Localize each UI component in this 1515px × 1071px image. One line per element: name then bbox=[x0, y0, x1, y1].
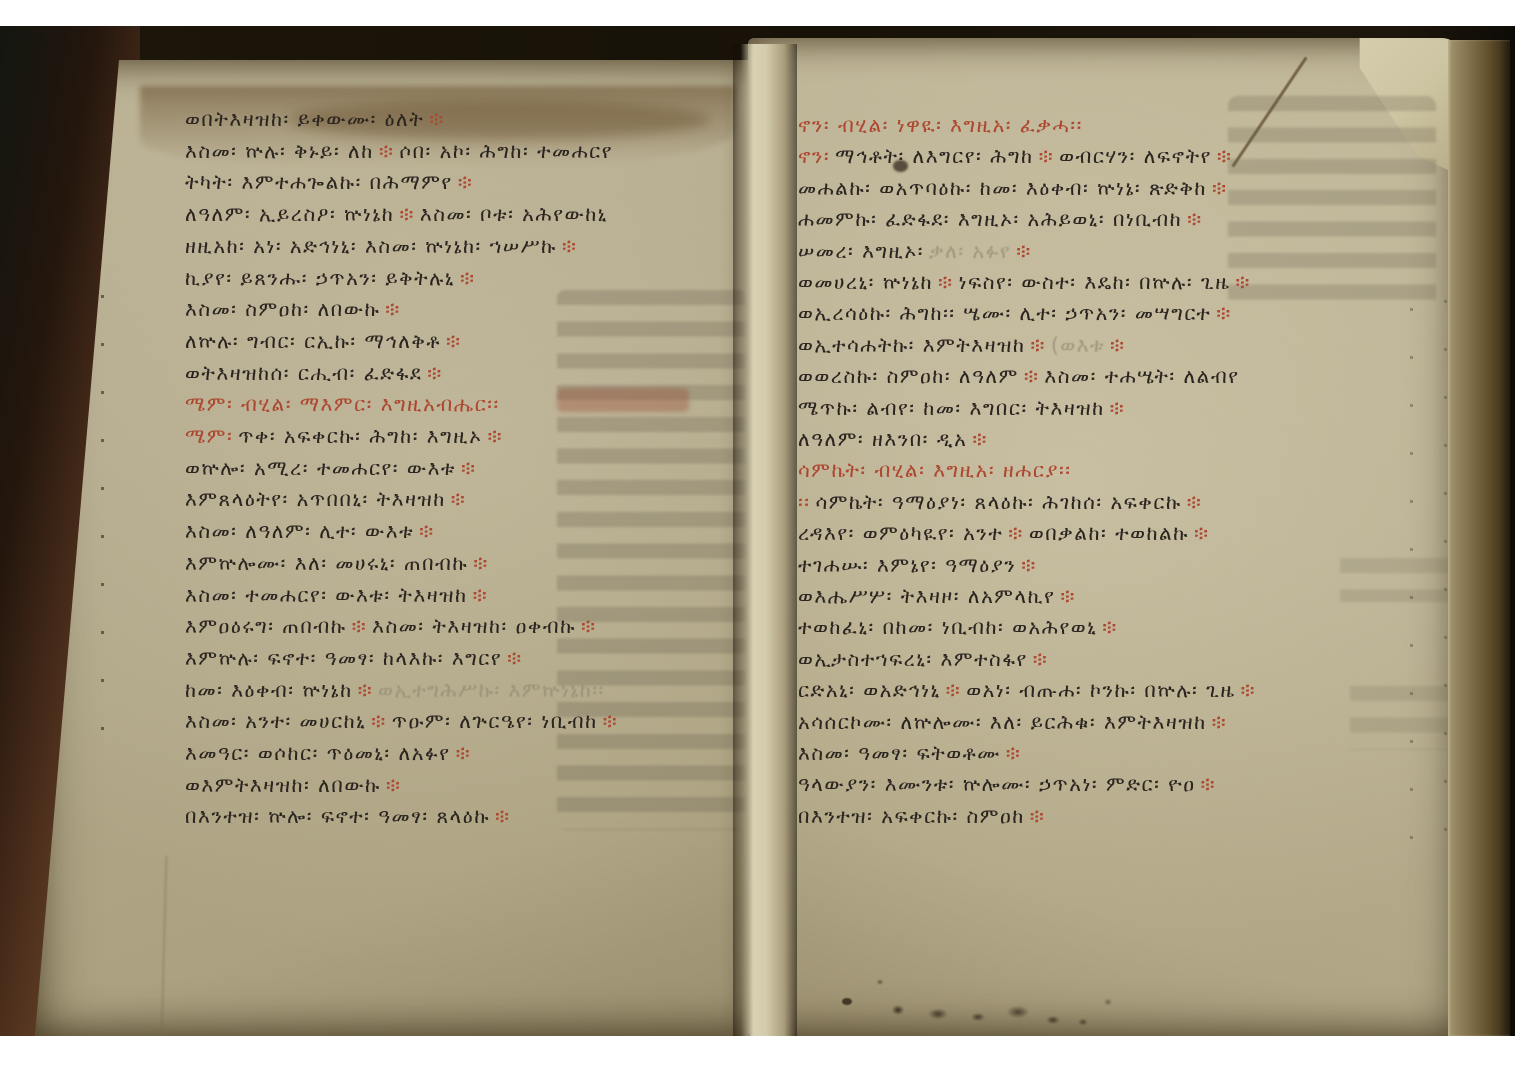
body-text: ማኅቶት፡ ለእግርየ፡ ሕግከ bbox=[835, 144, 1033, 168]
rubric-text: ፨ bbox=[446, 329, 462, 353]
rubric-text: ፨ bbox=[1033, 647, 1049, 671]
body-text: ወኢታስተኀፍረኒ፡ እምተስፋየ bbox=[798, 647, 1028, 671]
body-text: እስመ፡ ለዓለም፡ ሊተ፡ ውእቱ bbox=[185, 519, 414, 543]
body-text: ርድአኒ፡ ወአድኅነኒ bbox=[798, 678, 941, 702]
rubric-text: ፨ bbox=[603, 709, 619, 733]
rubric-text: ፨ bbox=[1212, 176, 1228, 200]
manuscript-line: ወኢረሳዕኩ፡ ሕግከ፡፡ ሤሙ፡ ሊተ፡ ኃጥአን፡ መሣግርተ፨ bbox=[798, 300, 1237, 326]
body-text: እምኵሎሙ፡ እለ፡ መሀሩኒ፡ ጠበብኩ bbox=[185, 551, 468, 575]
body-text: ለኵሉ፡ ግብር፡ ርኢኩ፡ ማኅለቅቶ bbox=[185, 329, 441, 353]
rubric-text: ፨ bbox=[1016, 239, 1032, 263]
rubric-text: ፨ bbox=[461, 456, 477, 480]
manuscript-line: ወእሔሥሦ፡ ትእዛዞ፡ ለአምላኪየ፨ bbox=[798, 583, 1081, 609]
manuscript-line: ሳምኬት፡ ብሂል፡ እግዚአ፡ ዘሐርያ፡፡ bbox=[798, 457, 1076, 483]
manuscript-line: እስመ፡ ተመሐርየ፡ ውእቱ፡ ትእዛዝከ፨ bbox=[185, 582, 493, 608]
manuscript-line: እምኵሉ፡ ፍኖተ፡ ዓመፃ፡ ከላእኩ፡ እግርየ፨ bbox=[185, 645, 528, 671]
body-text: ተገሐሡ፡ እምኔየ፡ ዓማዕያን bbox=[798, 553, 1016, 577]
manuscript-line: ወእምትእዛዝከ፡ ለበውኩ፨ bbox=[185, 772, 406, 798]
body-text: ዓላውያን፡ እሙንቱ፡ ኵሎሙ፡ ኃጥአነ፡ ምድር፡ ዮዐ bbox=[798, 772, 1196, 796]
body-text: ሠመረ፡ እግዚኦ፡ bbox=[798, 239, 924, 263]
manuscript-line: ወመሀረኒ፡ ኵነኔከ፨ነፍስየ፡ ውስተ፡ እዴከ፡ በኵሉ፡ ጊዜ፨ bbox=[798, 269, 1256, 295]
manuscript-line: እስመ፡ ዓመፃ፡ ፍትወቶሙ፨ bbox=[798, 740, 1026, 766]
sewing-holes bbox=[101, 295, 104, 755]
rubric-text: ፨ bbox=[371, 709, 387, 733]
manuscript-line: እምጸላዕትየ፡ አጥበበኒ፡ ትእዛዝከ፨ bbox=[185, 486, 471, 512]
rubric-text: ፨ bbox=[399, 202, 415, 226]
rubric-text: ሜም፡ bbox=[185, 424, 233, 448]
manuscript-line: እምኵሎሙ፡ እለ፡ መሀሩኒ፡ ጠበብኩ፨ bbox=[185, 550, 494, 576]
body-text: ወኢተሳሐትኩ፡ እምትእዛዝከ bbox=[798, 333, 1025, 357]
manuscript-line: ኖን፡ ብሂል፡ ነዋዪ፡ እግዚአ፡ ፈቃሓ፡፡ bbox=[798, 112, 1088, 138]
manuscript-line: አሳሰርኮሙ፡ ለኵሎሙ፡ እለ፡ ይርሕቁ፡ እምትእዛዝከ፨ bbox=[798, 709, 1232, 735]
page-fore-edge bbox=[1448, 40, 1510, 1036]
body-text: ወወረስኩ፡ ስምዐከ፡ ለዓለም bbox=[798, 364, 1019, 388]
rubric-text: ፨ bbox=[1216, 301, 1232, 325]
manuscript-line: መሐልኩ፡ ወአጥባዕኩ፡ ከመ፡ እዕቀብ፡ ኵነኔ፡ ጽድቅከ፨ bbox=[798, 175, 1232, 201]
rubric-text: ፨ bbox=[460, 266, 476, 290]
rubric-text: ሳምኬት፡ ብሂል፡ እግዚአ፡ ዘሐርያ፡፡ bbox=[798, 458, 1071, 482]
rubric-text: ፨ bbox=[379, 139, 395, 163]
body-text: ኪያየ፡ ይጸንሑ፡ ኃጥአን፡ ይቅትሉኒ bbox=[185, 266, 455, 290]
body-text: እስመ፡ ዓመፃ፡ ፍትወቶሙ bbox=[798, 741, 1001, 765]
right-page: ኖን፡ ብሂል፡ ነዋዪ፡ እግዚአ፡ ፈቃሓ፡፡ኖን፡ማኅቶት፡ ለእግርየ፡… bbox=[748, 38, 1460, 1036]
rubric-text: ፨ bbox=[456, 741, 472, 765]
body-text: ወብርሃን፡ ለፍኖትየ bbox=[1059, 144, 1212, 168]
rubric-text: ፨ bbox=[1008, 521, 1024, 545]
manuscript-line: ወኢተሳሐትኩ፡ እምትእዛዝከ፨(ወእቱ፨ bbox=[798, 332, 1131, 358]
rubric-text: ፨ bbox=[487, 424, 503, 448]
rubric-text: ፨ bbox=[562, 234, 578, 258]
body-text: ሐመምኩ፡ ፈድፋደ፡ እግዚኦ፡ አሕይወኒ፡ በነቢብከ bbox=[798, 207, 1182, 231]
body-text: ወኵሎ፡ አሚረ፡ ተመሐርየ፡ ውእቱ bbox=[185, 456, 456, 480]
manuscript-line: ትካት፡ እምተሐጐልኩ፡ በሕማምየ፨ bbox=[185, 169, 478, 195]
rubric-text: ፨ bbox=[473, 583, 489, 607]
body-text: እምዐዕሩግ፡ ጠበብኩ bbox=[185, 614, 347, 638]
ink-spot bbox=[842, 998, 852, 1005]
manuscript-line: ሜም፡ ብሂል፡ ማእምር፡ እግዚአብሔር፡፡ bbox=[185, 391, 505, 417]
left-page: ወበትእዛዝከ፡ ይቀውሙ፡ ዕለት፨እስመ፡ ኵሉ፡ ቅኑይ፡ ለከ፨ሶበ፡ … bbox=[35, 60, 748, 1036]
manuscript-line: እምዐዕሩግ፡ ጠበብኩ፨እስመ፡ ትእዛዝከ፡ ዐቀብኩ፨ bbox=[185, 613, 602, 639]
rubric-text: ፨ bbox=[507, 646, 523, 670]
rubric-text: ኖን፡ bbox=[798, 144, 830, 168]
body-text: እስመ፡ ስምዐከ፡ ለበውኩ bbox=[185, 297, 380, 321]
body-text: ነፍስየ፡ ውስተ፡ እዴከ፡ በኵሉ፡ ጊዜ bbox=[959, 270, 1231, 294]
rubric-text: ፨ bbox=[1194, 521, 1210, 545]
body-text: ወእምትእዛዝከ፡ ለበውኩ bbox=[185, 773, 381, 797]
body-text: ተወከፈኒ፡ በከመ፡ ነቢብከ፡ ወአሕየወኒ bbox=[798, 615, 1097, 639]
body-text: ሳምኬት፡ ዓማዕያነ፡ ጸላዕኩ፡ ሕገከሰ፡ አፍቀርኩ bbox=[815, 490, 1181, 514]
manuscript-line: እስመ፡ ስምዐከ፡ ለበውኩ፨ bbox=[185, 296, 406, 322]
manuscript-line: ተወከፈኒ፡ በከመ፡ ነቢብከ፡ ወአሕየወኒ፨ bbox=[798, 614, 1123, 640]
rubric-text: ፨ bbox=[495, 804, 511, 828]
manuscript-line: እስመ፡ አንተ፡ መሀርከኒ፨ጥዑም፡ ለጕርዔየ፡ ነቢብከ፨ bbox=[185, 708, 623, 734]
rubric-text: ፨ bbox=[972, 427, 988, 451]
rubric-text: ፨ bbox=[1006, 741, 1022, 765]
manuscript-line: ፡፡ሳምኬት፡ ዓማዕያነ፡ ጸላዕኩ፡ ሕገከሰ፡ አፍቀርኩ፨ bbox=[798, 489, 1207, 515]
body-text: እምኵሉ፡ ፍኖተ፡ ዓመፃ፡ ከላእኩ፡ እግርየ bbox=[185, 646, 502, 670]
rubric-text: ፨ bbox=[1201, 772, 1217, 796]
rubric-text: ፡፡ bbox=[798, 490, 810, 514]
body-text: ወእሔሥሦ፡ ትእዛዞ፡ ለአምላኪየ bbox=[798, 584, 1055, 608]
manuscript-line: ከመ፡ እዕቀብ፡ ኵነኔከ፨ወኢተግሕሥኩ፡ እምኵነኔከ፡፡ bbox=[185, 677, 610, 703]
rubric-text: ፨ bbox=[386, 773, 402, 797]
manuscript-line: ወኵሎ፡ አሚረ፡ ተመሐርየ፡ ውእቱ፨ bbox=[185, 455, 481, 481]
manuscript-photo: ወበትእዛዝከ፡ ይቀውሙ፡ ዕለት፨እስመ፡ ኵሉ፡ ቅኑይ፡ ለከ፨ሶበ፡ … bbox=[0, 0, 1515, 1071]
manuscript-line: ወበትእዛዝከ፡ ይቀውሙ፡ ዕለት፨ bbox=[185, 106, 450, 132]
manuscript-line: እመዓር፡ ወሶከር፡ ጥዕመኒ፡ ለአፉየ፨ bbox=[185, 740, 476, 766]
gutter-fold bbox=[733, 44, 797, 1036]
manuscript-line: በእንተዝ፡ ኵሎ፡ ፍኖተ፡ ዓመፃ፡ ጸላዕኩ፨ bbox=[185, 803, 516, 829]
body-text: እስመ፡ ኵሉ፡ ቅኑይ፡ ለከ bbox=[185, 139, 374, 163]
manuscript-line: በእንተዝ፡ አፍቀርኩ፡ ስምዐከ፨ bbox=[798, 803, 1050, 829]
left-page-text: ወበትእዛዝከ፡ ይቀውሙ፡ ዕለት፨እስመ፡ ኵሉ፡ ቅኑይ፡ ለከ፨ሶበ፡ … bbox=[185, 106, 745, 846]
body-text: በእንተዝ፡ አፍቀርኩ፡ ስምዐከ bbox=[798, 804, 1025, 828]
body-text: ጥዑም፡ ለጕርዔየ፡ ነቢብከ bbox=[392, 709, 598, 733]
manuscript-line: እስመ፡ ኵሉ፡ ቅኑይ፡ ለከ፨ሶበ፡ አኮ፡ ሕግከ፡ ተመሐርየ bbox=[185, 138, 618, 164]
body-text: ለዓለም፡ ኢይረስዖ፡ ኵነኔከ bbox=[185, 202, 394, 226]
body-text: ወበቃልከ፡ ተወከልኩ bbox=[1029, 521, 1189, 545]
body-text: እስመ፡ ቦቱ፡ አሕየውከኒ bbox=[420, 202, 608, 226]
rubric-text: ፨ bbox=[1235, 270, 1251, 294]
rubric-text: ፨ bbox=[938, 270, 954, 294]
manuscript-line: ርድአኒ፡ ወአድኅነኒ፨ወአነ፡ ብጡሐ፡ ኮንኩ፡ በኵሉ፡ ጊዜ፨ bbox=[798, 677, 1261, 703]
manuscript-line: እስመ፡ ለዓለም፡ ሊተ፡ ውእቱ፨ bbox=[185, 518, 440, 544]
body-text: ከመ፡ እዕቀብ፡ ኵነኔከ bbox=[185, 678, 353, 702]
rubric-text: ፨ bbox=[419, 519, 435, 543]
rubric-text: ፨ bbox=[1030, 804, 1046, 828]
body-text: እምጸላዕትየ፡ አጥበበኒ፡ ትእዛዝከ bbox=[185, 487, 446, 511]
body-text: ጥቀ፡ አፍቀርኩ፡ ሕግከ፡ እግዚኦ bbox=[238, 424, 482, 448]
body-text: ለዓለም፡ ዘእንበ፡ ዲአ bbox=[798, 427, 967, 451]
rubric-text: ፨ bbox=[385, 297, 401, 321]
rubric-text: ፨ bbox=[1110, 333, 1126, 357]
rubric-text: ፨ bbox=[946, 678, 962, 702]
pricking-holes bbox=[1410, 308, 1413, 848]
rubric-text: ፨ bbox=[1030, 333, 1046, 357]
rubric-text: ፨ bbox=[429, 107, 445, 131]
rubric-text: ፨ bbox=[1110, 396, 1126, 420]
manuscript-line: ወወረስኩ፡ ስምዐከ፡ ለዓለም፨እስመ፡ ተሐሤት፡ ለልብየ bbox=[798, 363, 1245, 389]
body-text: ረዳእየ፡ ወምዕካዪየ፡ አንተ bbox=[798, 521, 1003, 545]
rubric-text: ፨ bbox=[1039, 144, 1055, 168]
rubric-text: ፨ bbox=[1024, 364, 1040, 388]
body-text: ወትእዛዝከሰ፡ ርሒብ፡ ፈድፋደ bbox=[185, 361, 422, 385]
parchment-crease bbox=[161, 856, 168, 1036]
rubric-text: ፨ bbox=[581, 614, 597, 638]
manuscript-line: ለዓለም፡ ዘእንበ፡ ዲአ፨ bbox=[798, 426, 993, 452]
manuscript-line: ለዓለም፡ ኢይረስዖ፡ ኵነኔከ፨እስመ፡ ቦቱ፡ አሕየውከኒ bbox=[185, 201, 613, 227]
rubric-text: ፨ bbox=[1187, 490, 1203, 514]
rubric-text: ፨ bbox=[473, 551, 489, 575]
body-text: አሳሰርኮሙ፡ ለኵሎሙ፡ እለ፡ ይርሕቁ፡ እምትእዛዝከ bbox=[798, 710, 1207, 734]
body-text: ወመሀረኒ፡ ኵነኔከ bbox=[798, 270, 933, 294]
manuscript-line: ዓላውያን፡ እሙንቱ፡ ኵሎሙ፡ ኃጥአነ፡ ምድር፡ ዮዐ፨ bbox=[798, 771, 1221, 797]
body-text: እስመ፡ አንተ፡ መሀርከኒ bbox=[185, 709, 366, 733]
rubric-text: ፨ bbox=[458, 170, 474, 194]
ink-stains bbox=[868, 972, 1140, 1034]
rubric-text: ፨ bbox=[1060, 584, 1076, 608]
body-text: ወአነ፡ ብጡሐ፡ ኮንኩ፡ በኵሉ፡ ጊዜ bbox=[966, 678, 1235, 702]
ink-spot bbox=[893, 160, 908, 172]
body-text: መሐልኩ፡ ወአጥባዕኩ፡ ከመ፡ እዕቀብ፡ ኵነኔ፡ ጽድቅከ bbox=[798, 176, 1207, 200]
rubric-text: ፨ bbox=[1217, 144, 1233, 168]
body-text: እስመ፡ ተሐሤት፡ ለልብየ bbox=[1044, 364, 1239, 388]
rubric-text: ፨ bbox=[358, 678, 374, 702]
manuscript-line: ዘዚአከ፡ አነ፡ አድኅነኒ፡ እስመ፡ ኵነኔከ፡ ኀሠሥኩ፨ bbox=[185, 233, 582, 259]
body-text: ወኢተግሕሥኩ፡ እምኵነኔከ፡፡ bbox=[378, 678, 605, 702]
rubric-text: ፨ bbox=[1241, 678, 1257, 702]
rubric-text: ሜም፡ ብሂል፡ ማእምር፡ እግዚአብሔር፡፡ bbox=[185, 392, 500, 416]
manuscript-line: ወኢታስተኀፍረኒ፡ እምተስፋየ፨ bbox=[798, 646, 1053, 672]
rubric-text: ፨ bbox=[1102, 615, 1118, 639]
rubric-text: ፨ bbox=[427, 361, 443, 385]
manuscript-line: ረዳእየ፡ ወምዕካዪየ፡ አንተ፨ወበቃልከ፡ ተወከልኩ፨ bbox=[798, 520, 1215, 546]
rubric-text: ኖን፡ ብሂል፡ ነዋዪ፡ እግዚአ፡ ፈቃሓ፡፡ bbox=[798, 113, 1083, 137]
manuscript-line: ሠመረ፡ እግዚኦ፡ቃለ፡ አፉየ፨ bbox=[798, 238, 1037, 264]
body-text: በእንተዝ፡ ኵሎ፡ ፍኖተ፡ ዓመፃ፡ ጸላዕኩ bbox=[185, 804, 490, 828]
body-text: ሜጥኩ፡ ልብየ፡ ከመ፡ እግበር፡ ትእዛዝከ bbox=[798, 396, 1105, 420]
manuscript-line: ሜጥኩ፡ ልብየ፡ ከመ፡ እግበር፡ ትእዛዝከ፨ bbox=[798, 395, 1130, 421]
body-text: እስመ፡ ትእዛዝከ፡ ዐቀብኩ bbox=[372, 614, 576, 638]
manuscript-line: ኖን፡ማኅቶት፡ ለእግርየ፡ ሕግከ፨ወብርሃን፡ ለፍኖትየ፨ bbox=[798, 143, 1237, 169]
body-text: እስመ፡ ተመሐርየ፡ ውእቱ፡ ትእዛዝከ bbox=[185, 583, 468, 607]
body-text: (ወእቱ bbox=[1051, 333, 1105, 357]
body-text: ዘዚአከ፡ አነ፡ አድኅነኒ፡ እስመ፡ ኵነኔከ፡ ኀሠሥኩ bbox=[185, 234, 557, 258]
rubric-text: ፨ bbox=[1021, 553, 1037, 577]
body-text: ወበትእዛዝከ፡ ይቀውሙ፡ ዕለት bbox=[185, 107, 424, 131]
body-text: ወኢረሳዕኩ፡ ሕግከ፡፡ ሤሙ፡ ሊተ፡ ኃጥአን፡ መሣግርተ bbox=[798, 301, 1211, 325]
rubric-text: ፨ bbox=[1212, 710, 1228, 734]
pricking-holes bbox=[1444, 300, 1447, 850]
right-page-text: ኖን፡ ብሂል፡ ነዋዪ፡ እግዚአ፡ ፈቃሓ፡፡ኖን፡ማኅቶት፡ ለእግርየ፡… bbox=[798, 112, 1448, 852]
manuscript-line: ኪያየ፡ ይጸንሑ፡ ኃጥአን፡ ይቅትሉኒ፨ bbox=[185, 265, 481, 291]
rubric-text: ፨ bbox=[352, 614, 368, 638]
manuscript-line: ሜም፡ጥቀ፡ አፍቀርኩ፡ ሕግከ፡ እግዚኦ፨ bbox=[185, 423, 508, 449]
body-text: እመዓር፡ ወሶከር፡ ጥዕመኒ፡ ለአፉየ bbox=[185, 741, 451, 765]
body-text: ቃለ፡ አፉየ bbox=[929, 239, 1011, 263]
manuscript-line: ሐመምኩ፡ ፈድፋደ፡ እግዚኦ፡ አሕይወኒ፡ በነቢብከ፨ bbox=[798, 206, 1208, 232]
rubric-text: ፨ bbox=[451, 487, 467, 511]
rubric-text: ፨ bbox=[1187, 207, 1203, 231]
body-text: ትካት፡ እምተሐጐልኩ፡ በሕማምየ bbox=[185, 170, 453, 194]
body-text: ሶበ፡ አኮ፡ ሕግከ፡ ተመሐርየ bbox=[399, 139, 613, 163]
manuscript-line: ተገሐሡ፡ እምኔየ፡ ዓማዕያን፨ bbox=[798, 552, 1042, 578]
manuscript-line: ለኵሉ፡ ግብር፡ ርኢኩ፡ ማኅለቅቶ፨ bbox=[185, 328, 467, 354]
manuscript-line: ወትእዛዝከሰ፡ ርሒብ፡ ፈድፋደ፨ bbox=[185, 360, 448, 386]
